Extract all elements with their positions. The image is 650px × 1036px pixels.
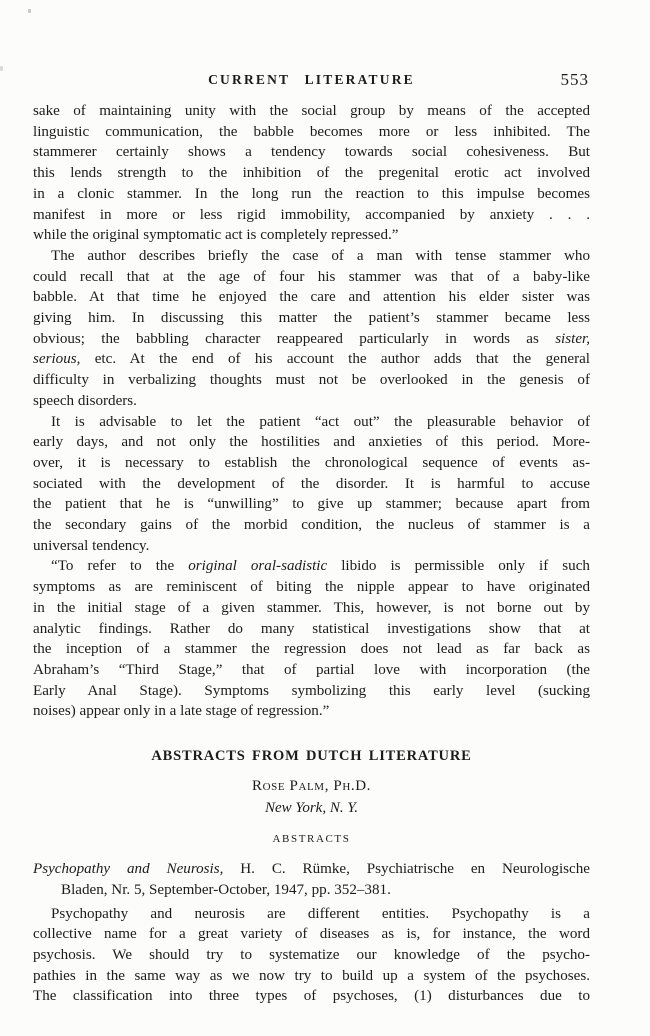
text-line: analytic findings. Rather do many statis… [33,619,590,640]
text-line: “To refer to the original oral-sadistic … [33,556,590,577]
journal-page: CURRENT LITERATURE 553 sake of maintaini… [0,0,650,1036]
text-line: the patient that he is “unwilling” to gi… [33,494,590,515]
text-line: noises) appear only in a late stage of r… [33,701,590,722]
text-line: sake of maintaining unity with the socia… [33,101,590,122]
text-line: over, it is necessary to establish the c… [33,453,590,474]
scan-speck [28,9,31,13]
reference-entry: Psychopathy and Neurosis, H. C. Rümke, P… [33,859,590,900]
text-line: difficulty in verbalizing thoughts must … [33,370,590,391]
text-line: the inception of a stammer the regressio… [33,639,590,660]
abstract-paragraph: Psychopathy and neurosis are different e… [33,904,590,1008]
text-line: obvious; the babbling character reappear… [33,329,590,350]
text-line: symptoms as are reminiscent of biting th… [33,577,590,598]
paragraph: It is advisable to let the patient “act … [33,412,590,557]
section-heading: ABSTRACTS FROM DUTCH LITERATURE [33,748,590,765]
text-line: Psychopathy and neurosis are different e… [33,904,590,925]
paragraph: The author describes briefly the case of… [33,246,590,412]
text-line: babble. At that time he enjoyed the care… [33,287,590,308]
page-header: CURRENT LITERATURE 553 [33,72,590,92]
text-line: psychosis. We should try to systematize … [33,945,590,966]
text-line: The author describes briefly the case of… [33,246,590,267]
author-name: Rose Palm, Ph.D. [33,778,590,795]
text-line: It is advisable to let the patient “act … [33,412,590,433]
scan-speck [0,66,3,71]
paragraph: “To refer to the original oral-sadistic … [33,556,590,722]
text-line: early days, and not only the hostilities… [33,432,590,453]
text-line: stammerer certainly shows a tendency tow… [33,142,590,163]
text-line: speech disorders. [33,391,590,412]
text-line: Bladen, Nr. 5, September-October, 1947, … [61,880,590,901]
text-line: in a clonic stammer. In the long run the… [33,184,590,205]
author-location: New York, N. Y. [33,800,590,817]
text-line: in the initial stage of a given stammer.… [33,598,590,619]
text-line: the secondary gains of the morbid condit… [33,515,590,536]
text-line: manifest in more or less rigid immobilit… [33,205,590,226]
abstracts-subheading: ABSTRACTS [33,833,590,845]
text-line: while the original symptomatic act is co… [33,225,590,246]
text-line: pathies in the same way as we now try to… [33,966,590,987]
text-line: sociated with the development of the dis… [33,474,590,495]
text-line: this lends strength to the inhibition of… [33,163,590,184]
text-line: Psychopathy and Neurosis, H. C. Rümke, P… [33,859,590,880]
text-line: serious, etc. At the end of his account … [33,349,590,370]
page-number: 553 [561,70,590,90]
paragraph-continuation: sake of maintaining unity with the socia… [33,101,590,246]
text-line: linguistic communication, the babble bec… [33,122,590,143]
running-head: CURRENT LITERATURE [33,72,590,88]
text-line: Abraham’s “Third Stage,” that of partial… [33,660,590,681]
text-block: sake of maintaining unity with the socia… [33,101,590,1007]
text-line: collective name for a great variety of d… [33,924,590,945]
text-line: Early Anal Stage). Symptoms symbolizing … [33,681,590,702]
text-line: could recall that at the age of four his… [33,267,590,288]
text-line: The classification into three types of p… [33,986,590,1007]
text-line: giving him. In discussing this matter th… [33,308,590,329]
text-line: universal tendency. [33,536,590,557]
